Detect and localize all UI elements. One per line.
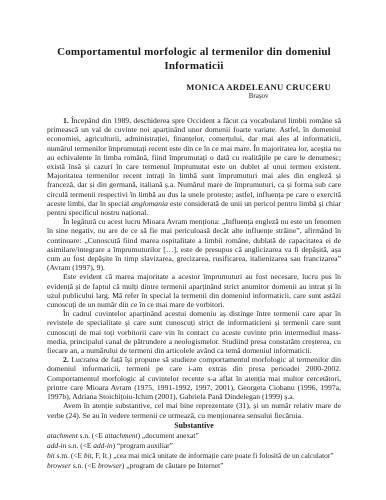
text-run: ) „program de căutare pe Internet” — [122, 461, 224, 470]
text-run: Lucrarea de față își propune să studieze… — [47, 355, 341, 401]
author-name: MONICA ARDELEANU CRUCERU — [186, 82, 331, 92]
text-run: 1. — [63, 116, 71, 125]
body-paragraphs: 1. Începând din 1989, deschiderea spre O… — [47, 116, 341, 420]
glossary-entry: browser s.n. (<E browser) „program de că… — [47, 461, 341, 471]
text-run: anglomania — [131, 199, 168, 208]
text-run: s.m. (<E — [55, 451, 84, 460]
text-run: add-in — [93, 441, 112, 450]
paragraph: În legătură cu acest lucru Mioara Avram … — [47, 217, 341, 272]
title-line-2: Informaticii — [164, 60, 223, 72]
text-run: atachment — [47, 431, 78, 440]
paragraph: În cadrul cuvintelor aparținând acestui … — [47, 309, 341, 355]
page-title: Comportamentul morfologic al termenilor … — [47, 46, 341, 73]
glossary-entry: atachment s.n. (<E attachment) „document… — [47, 431, 341, 441]
section-heading-substantive: Substantive — [47, 421, 341, 431]
paragraph: Este evident că marea majoritate a acest… — [47, 272, 341, 309]
author-inner: MONICA ARDELEANU CRUCERU Brașov — [186, 82, 331, 101]
author-location: Brașov — [186, 92, 331, 101]
text-run: , F, It.) „cea mai mică unitate de infor… — [92, 451, 334, 460]
text-run: bit — [84, 451, 92, 460]
text-run: add-in — [47, 441, 66, 450]
text-run: ) „document anexat” — [138, 431, 199, 440]
text-run: În cadrul cuvintelor aparținând acestui … — [47, 309, 341, 355]
paragraph: 1. Începând din 1989, deschiderea spre O… — [47, 116, 341, 217]
title-line-1: Comportamentul morfologic al termenilor … — [57, 46, 331, 58]
glossary-list: atachment s.n. (<E attachment) „document… — [47, 431, 341, 471]
text-run: bit — [47, 451, 55, 460]
text-run: Începând din 1989, deschiderea spre Occi… — [47, 116, 341, 208]
text-run: s.n. (<E — [66, 441, 93, 450]
text-run: Este evident că marea majoritate a acest… — [47, 272, 341, 309]
glossary-entry: bit s.m. (<E bit, F, It.) „cea mai mică … — [47, 451, 341, 461]
glossary-entry: add-in s.n. (<E add-in) “program auxilia… — [47, 441, 341, 451]
paragraph: Avem în atenție substantive, cel mai bin… — [47, 401, 341, 419]
text-run: ) “program auxiliar” — [113, 441, 173, 450]
text-run: Avem în atenție substantive, cel mai bin… — [47, 401, 341, 419]
text-run: browser — [98, 461, 122, 470]
paragraph: 2. Lucrarea de față își propune să studi… — [47, 355, 341, 401]
text-run: În legătură cu acest lucru Mioara Avram … — [47, 217, 341, 272]
text-run: attachment — [105, 431, 138, 440]
text-run: s.n. (<E — [71, 461, 98, 470]
author-block: MONICA ARDELEANU CRUCERU Brașov — [47, 82, 341, 103]
document-page: Comportamentul morfologic al termenilor … — [0, 0, 386, 500]
text-run: s.n. (<E — [78, 431, 105, 440]
text-run: browser — [47, 461, 71, 470]
